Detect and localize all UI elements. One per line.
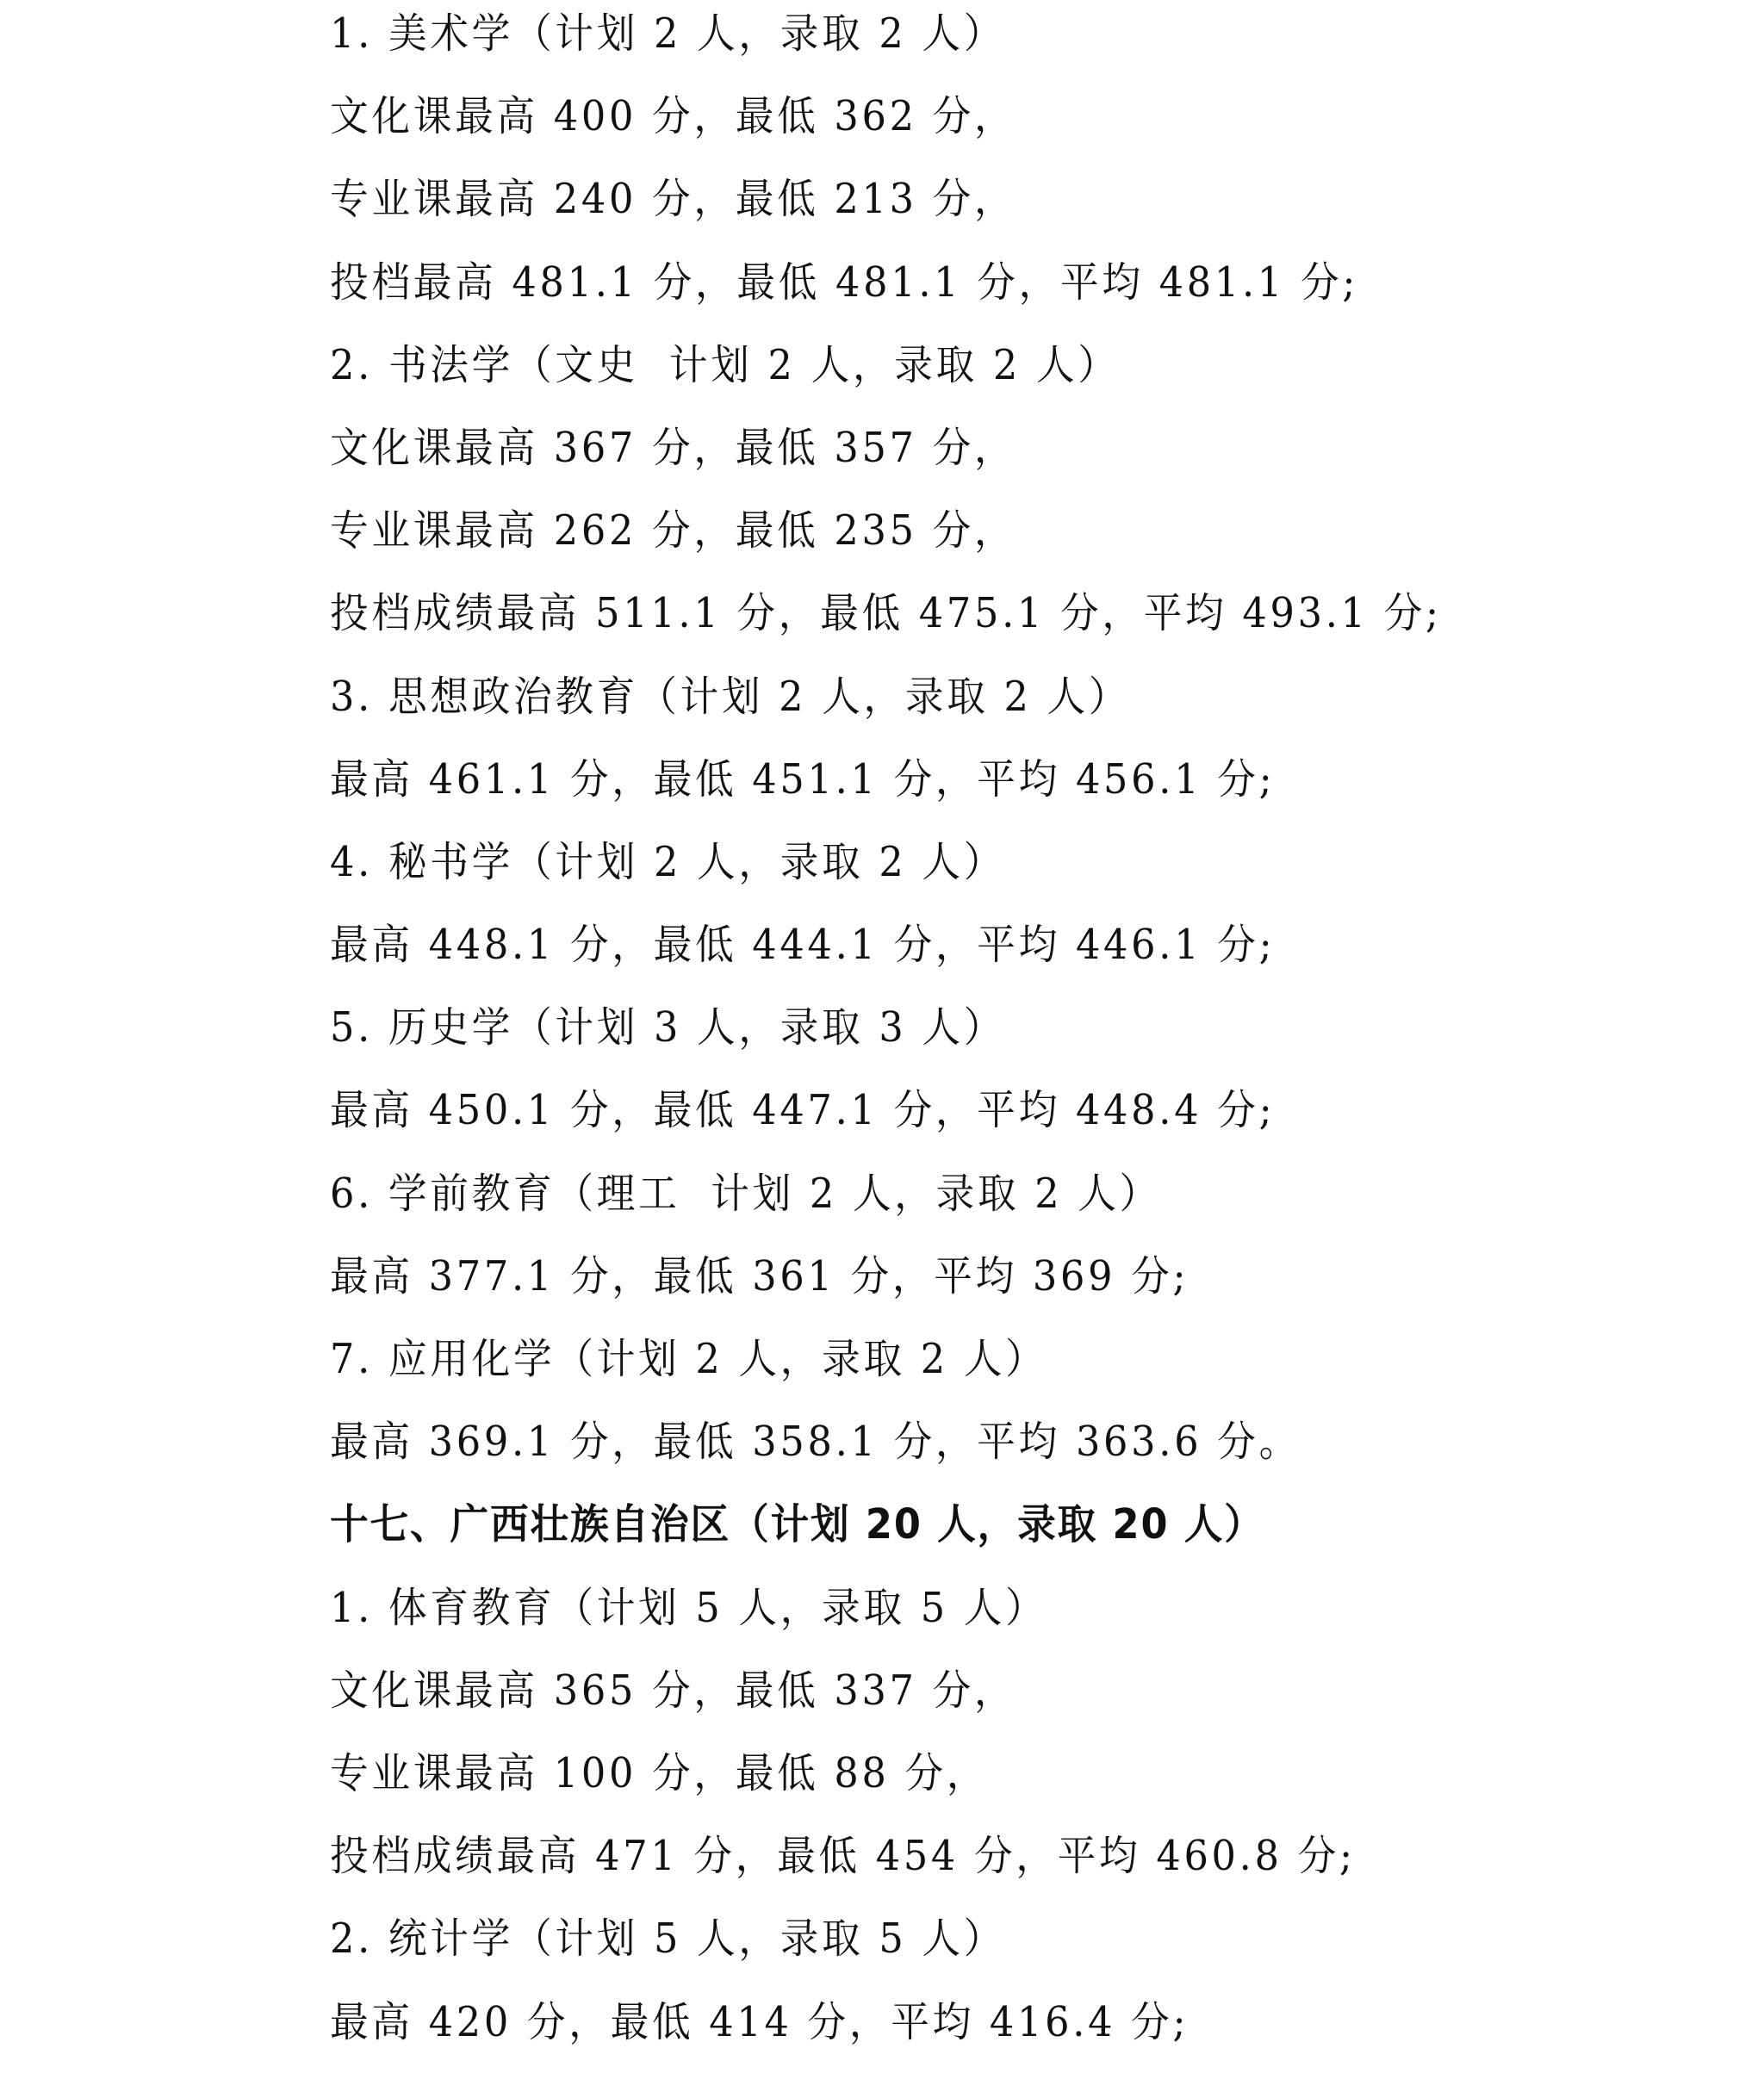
culture-score-line: 文化课最高 365 分，最低 337 分， bbox=[330, 1657, 1612, 1740]
item-title-tiyujiaoyu: 1. 体育教育（计划 5 人，录取 5 人） bbox=[330, 1574, 1612, 1657]
major-score-line: 专业课最高 262 分，最低 235 分， bbox=[330, 497, 1612, 580]
score-summary-line: 最高 377.1 分，最低 361 分，平均 369 分; bbox=[330, 1243, 1612, 1325]
score-summary-line: 最高 448.1 分，最低 444.1 分，平均 446.1 分; bbox=[330, 911, 1612, 994]
culture-score-line: 文化课最高 400 分，最低 362 分， bbox=[330, 83, 1612, 165]
item-title-shufaxue: 2. 书法学（文史 计划 2 人，录取 2 人） bbox=[330, 332, 1612, 414]
document-body: 1. 美术学（计划 2 人，录取 2 人） 文化课最高 400 分，最低 362… bbox=[330, 0, 1708, 2071]
major-score-line: 专业课最高 100 分，最低 88 分， bbox=[330, 1740, 1612, 1822]
item-title-lishixue: 5. 历史学（计划 3 人，录取 3 人） bbox=[330, 994, 1612, 1077]
score-summary-line: 最高 369.1 分，最低 358.1 分，平均 363.6 分。 bbox=[330, 1408, 1612, 1491]
admission-score-line: 投档成绩最高 471 分，最低 454 分，平均 460.8 分; bbox=[330, 1822, 1612, 1905]
item-title-mishuxue: 4. 秘书学（计划 2 人，录取 2 人） bbox=[330, 829, 1612, 911]
section-heading-guangxi: 十七、广西壮族自治区（计划 20 人，录取 20 人） bbox=[330, 1491, 1612, 1573]
item-title-yingyonghuaxue: 7. 应用化学（计划 2 人，录取 2 人） bbox=[330, 1325, 1612, 1408]
item-title-tongjixue: 2. 统计学（计划 5 人，录取 5 人） bbox=[330, 1905, 1612, 1988]
item-title-meishuxue: 1. 美术学（计划 2 人，录取 2 人） bbox=[330, 0, 1612, 83]
admission-score-line: 投档最高 481.1 分，最低 481.1 分，平均 481.1 分; bbox=[330, 249, 1612, 332]
item-title-sixiangzhengzhi: 3. 思想政治教育（计划 2 人，录取 2 人） bbox=[330, 663, 1612, 746]
score-summary-line: 最高 420 分，最低 414 分，平均 416.4 分; bbox=[330, 1989, 1612, 2071]
score-summary-line: 最高 450.1 分，最低 447.1 分，平均 448.4 分; bbox=[330, 1077, 1612, 1159]
item-title-xueqianjiaoyu: 6. 学前教育（理工 计划 2 人，录取 2 人） bbox=[330, 1160, 1612, 1243]
major-score-line: 专业课最高 240 分，最低 213 分， bbox=[330, 165, 1612, 248]
admission-score-line: 投档成绩最高 511.1 分，最低 475.1 分，平均 493.1 分; bbox=[330, 580, 1612, 662]
culture-score-line: 文化课最高 367 分，最低 357 分， bbox=[330, 414, 1612, 497]
score-summary-line: 最高 461.1 分，最低 451.1 分，平均 456.1 分; bbox=[330, 746, 1612, 829]
